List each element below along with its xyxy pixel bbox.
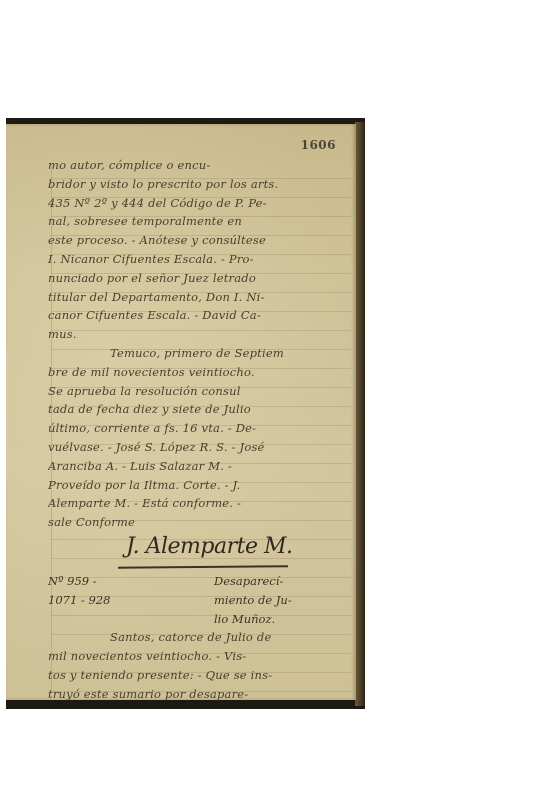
text-line: nal, sobresee temporalmente en xyxy=(48,212,354,231)
signature-block: J. Alemparte M. xyxy=(48,532,354,572)
text-line: último, corriente a fs. 16 vta. - De- xyxy=(48,419,354,438)
entry-header-row: 1071 - 928 miento de Ju- xyxy=(48,591,354,610)
text-line: cimiento de Julio Muñoz. - Que xyxy=(48,704,354,709)
text-line: Proveído por la Iltma. Corte. - J. xyxy=(48,476,354,495)
text-line: vuélvase. - José S. López R. S. - José xyxy=(48,438,354,457)
text-line: Se aprueba la resolución consul xyxy=(48,382,354,401)
entry-number: Nº 959 - xyxy=(48,572,168,591)
entry-header-row: lio Muñoz. xyxy=(48,610,354,629)
text-line: tada de fecha diez y siete de Julio xyxy=(48,400,354,419)
text-line: bridor y visto lo prescrito por los arts… xyxy=(48,175,354,194)
text-line: truyó este sumario por desapare- xyxy=(48,685,354,704)
text-line: mus. xyxy=(48,325,354,344)
text-line: Santos, catorce de Julio de xyxy=(48,628,354,647)
handwritten-text: mo autor, cómplice o encu- bridor y vist… xyxy=(48,156,354,709)
document-photograph: 1606 mo autor, cómplice o encu- bridor y… xyxy=(6,118,365,709)
text-line: mo autor, cómplice o encu- xyxy=(48,156,354,175)
signature: J. Alemparte M. xyxy=(126,534,293,559)
folio-number: 1606 xyxy=(301,138,336,152)
text-line: titular del Departamento, Don I. Ni- xyxy=(48,288,354,307)
text-line: Temuco, primero de Septiem xyxy=(48,344,354,363)
text-line: I. Nicanor Cifuentes Escala. - Pro- xyxy=(48,250,354,269)
text-line: canor Cifuentes Escala. - David Ca- xyxy=(48,306,354,325)
text-line: Alemparte M. - Está conforme. - xyxy=(48,494,354,513)
ledger-page: 1606 mo autor, cómplice o encu- bridor y… xyxy=(6,124,356,700)
text-line: este proceso. - Anótese y consúltese xyxy=(48,231,354,250)
entry-subject: miento de Ju- xyxy=(214,591,354,610)
entry-code: 1071 - 928 xyxy=(48,591,168,610)
text-line: sale Conforme xyxy=(48,513,354,532)
entry-subject: Desaparecí- xyxy=(214,572,354,591)
text-line: tos y teniendo presente: - Que se ins- xyxy=(48,666,354,685)
text-line: nunciado por el señor Juez letrado xyxy=(48,269,354,288)
text-line: mil novecientos veintiocho. - Vis- xyxy=(48,647,354,666)
entry-subject: lio Muñoz. xyxy=(214,610,354,629)
text-line: 435 Nº 2º y 444 del Código de P. Pe- xyxy=(48,194,354,213)
signature-underline xyxy=(118,565,288,568)
text-line: Aranciba A. - Luis Salazar M. - xyxy=(48,457,354,476)
book-spine-edge xyxy=(355,122,365,706)
entry-header-row: Nº 959 - Desaparecí- xyxy=(48,572,354,591)
text-line: bre de mil novecientos veintiocho. xyxy=(48,363,354,382)
